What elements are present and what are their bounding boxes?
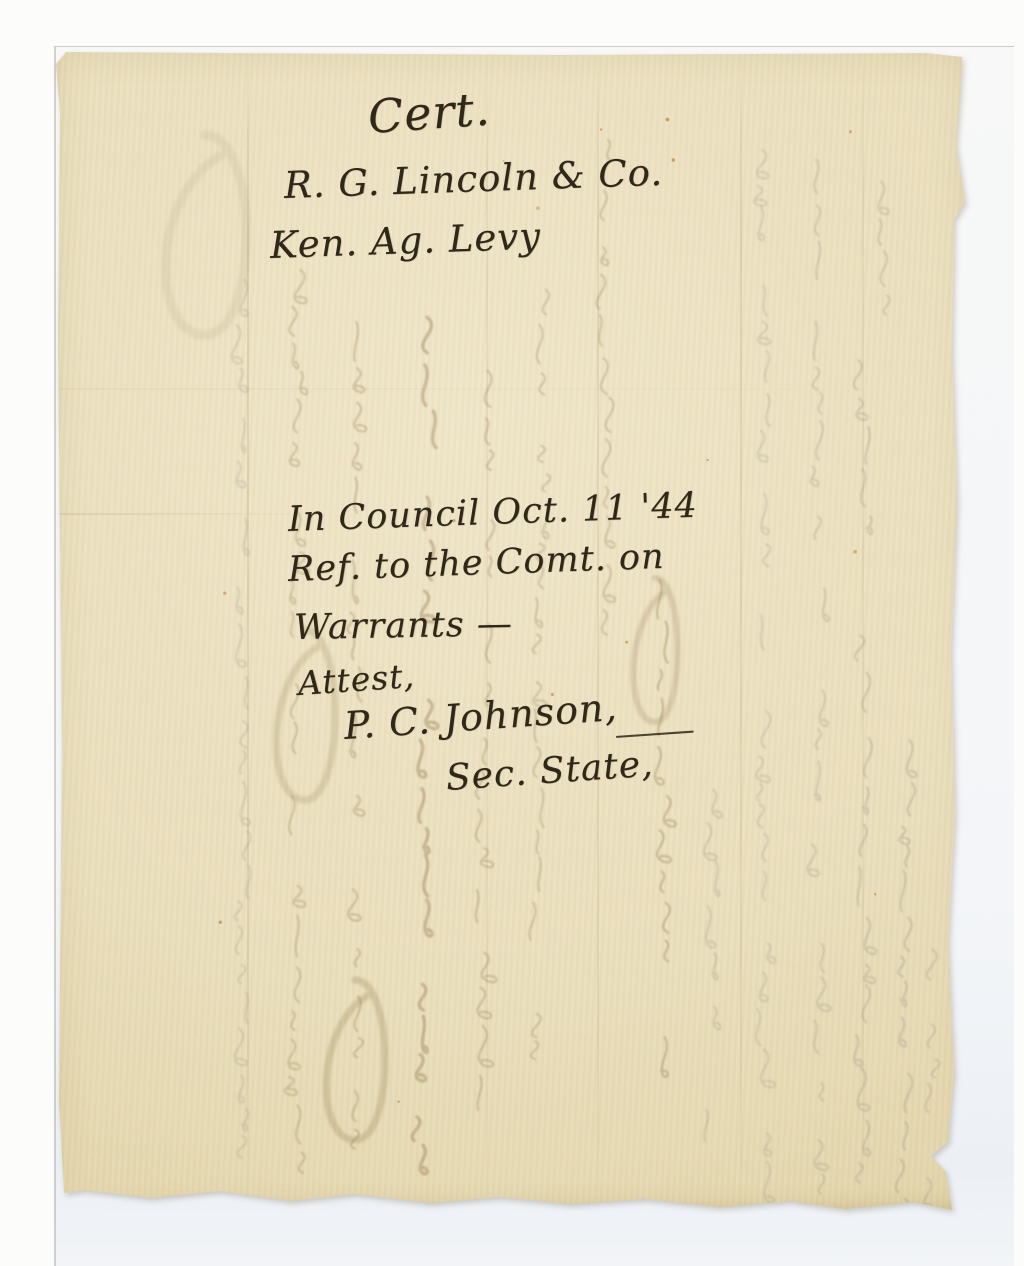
fold-crease	[247, 52, 249, 1214]
signature-flourish	[616, 731, 694, 739]
endorsement-title: Cert.	[366, 82, 492, 144]
fold-crease	[597, 52, 599, 1214]
secretary-title: Sec. State,	[445, 744, 655, 799]
party-line: R. G. Lincoln & Co.	[283, 151, 663, 207]
manuscript-paper-wrap: Cert. R. G. Lincoln & Co. Ken. Ag. Levy …	[56, 52, 966, 1214]
manuscript-paper: Cert. R. G. Lincoln & Co. Ken. Ag. Levy …	[56, 52, 966, 1214]
fold-crease	[56, 388, 966, 390]
document-scan: Cert. R. G. Lincoln & Co. Ken. Ag. Levy …	[0, 0, 1024, 1266]
attest-label: Attest,	[297, 656, 416, 703]
fold-crease	[56, 513, 316, 515]
referral-line: Ref. to the Comt. on	[287, 537, 665, 590]
warrants-line: Warrants —	[294, 604, 513, 648]
council-date-line: In Council Oct. 11 '44	[287, 486, 698, 540]
subject-line: Ken. Ag. Levy	[269, 215, 541, 267]
fold-crease	[862, 52, 864, 1214]
fold-crease	[740, 52, 742, 1214]
